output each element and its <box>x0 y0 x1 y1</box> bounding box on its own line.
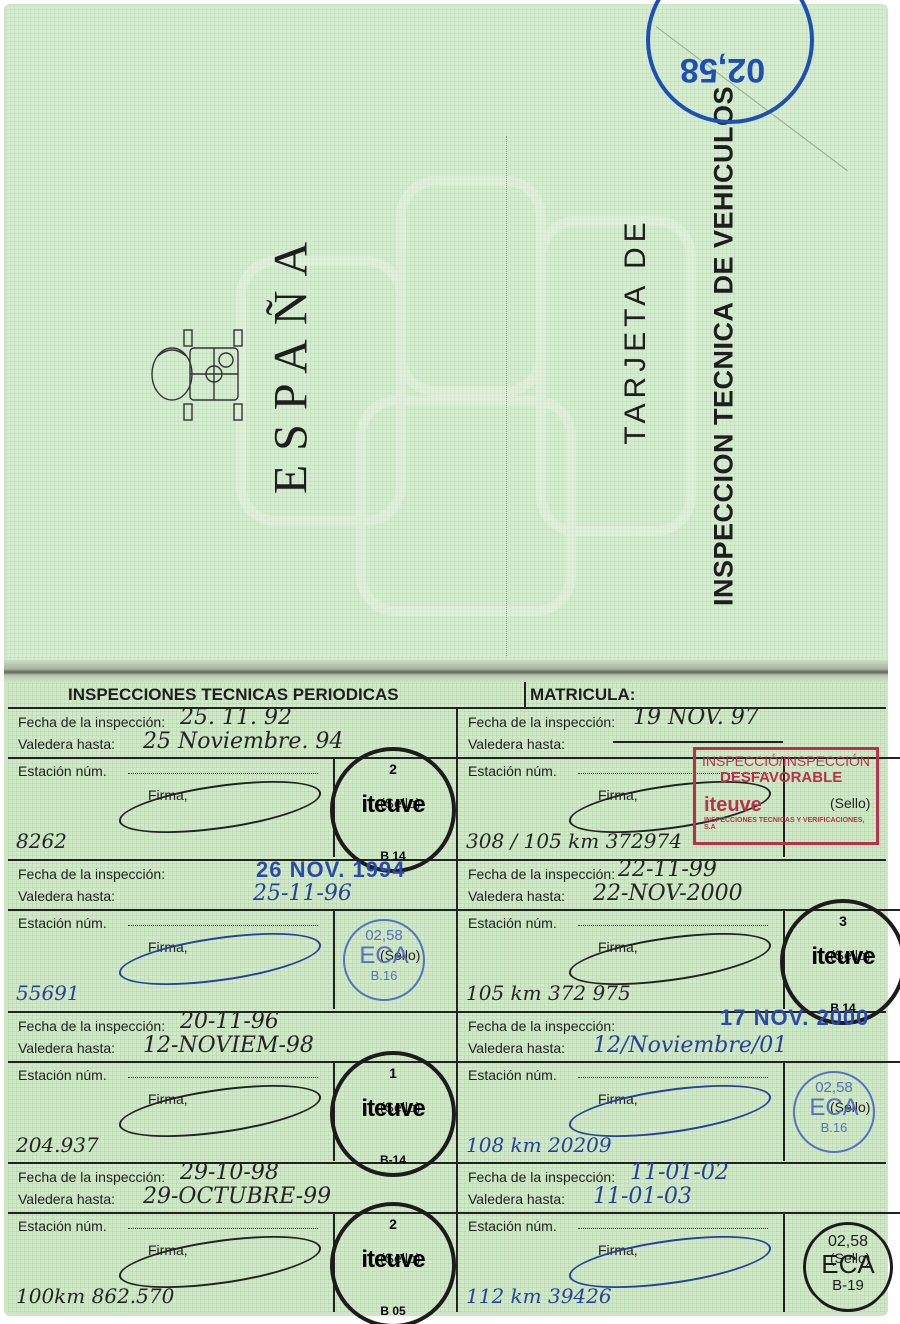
table-header-matricula: MATRICULA: <box>530 682 635 707</box>
fecha-label: Fecha de la inspección: <box>468 866 615 882</box>
stamp-logo: iteuve <box>334 1246 452 1274</box>
eca-line3: B.16 <box>795 1120 873 1135</box>
estacion-dots <box>128 925 318 926</box>
valedera-value: 12/Noviembre/01 <box>593 1033 787 1058</box>
km-reading: 112 km 39426 <box>466 1284 612 1308</box>
estacion-dots <box>128 1077 318 1078</box>
card-title-line2: INSPECCION TECNICA DE VEHICULOS <box>709 86 740 606</box>
fecha-value: 17 NOV. 2000 <box>720 1005 869 1031</box>
valedera-value: 29-OCTUBRE-99 <box>143 1184 331 1209</box>
valedera-label: Valedera hasta: <box>18 888 115 904</box>
km-reading: 8262 <box>16 829 67 853</box>
stamp-box-divider <box>333 909 335 1009</box>
valedera-label: Valedera hasta: <box>18 736 115 752</box>
inspection-entry: Fecha de la inspección:Valedera hasta:Es… <box>8 1011 456 1161</box>
signature <box>566 923 774 995</box>
estacion-label: Estación núm. <box>468 915 557 931</box>
stamp-box-divider <box>783 1061 785 1161</box>
eca-stamp: 02,58ECAB.16 <box>793 1071 875 1153</box>
inspection-table: INSPECCIONES TECNICAS PERIODICAS MATRICU… <box>8 682 886 1312</box>
stamp-number: 2 <box>334 761 452 777</box>
valedera-label: Valedera hasta: <box>468 1040 565 1056</box>
fecha-value: 26 NOV. 1994 <box>256 857 405 883</box>
itv-stamp: 2iteuveB 14 <box>330 747 456 873</box>
inspection-entry: Fecha de la inspección:Valedera hasta:Es… <box>8 859 456 1009</box>
km-reading: 308 / 105 km 372974 <box>466 829 682 853</box>
card-title-line1: TARJETA DE <box>619 217 653 444</box>
estacion-label: Estación núm. <box>18 915 107 931</box>
eca-stamp: 02,58ECAB.16 <box>343 919 425 1001</box>
stamp-number: 2 <box>334 1216 452 1232</box>
eca-line3: B.16 <box>345 968 423 983</box>
entry-divider <box>458 1061 900 1063</box>
stamp-logo: iteuve <box>784 943 900 971</box>
stamp-logo: iteuve <box>334 1095 452 1123</box>
top-stamp-number: 02,58 <box>680 50 765 89</box>
inspection-entry: Fecha de la inspección:Valedera hasta:Es… <box>8 707 456 857</box>
estacion-label: Estación núm. <box>18 763 107 779</box>
cover-fold-line <box>506 136 507 656</box>
stamp-number: 1 <box>334 1065 452 1081</box>
estacion-dots <box>578 925 768 926</box>
estacion-label: Estación núm. <box>468 1218 557 1234</box>
inspection-entry: Fecha de la inspección:Valedera hasta:Es… <box>458 707 900 857</box>
eca-stamp: 02,58ECAB-19 <box>803 1222 893 1312</box>
valedera-label: Valedera hasta: <box>18 1040 115 1056</box>
fecha-label: Fecha de la inspección: <box>18 1018 165 1034</box>
fecha-label: Fecha de la inspección: <box>18 866 165 882</box>
km-reading: 55691 <box>16 981 80 1005</box>
estacion-label: Estación núm. <box>468 1067 557 1083</box>
inspection-entry: Fecha de la inspección:Valedera hasta:Es… <box>458 859 900 1009</box>
valedera-label: Valedera hasta: <box>468 1191 565 1207</box>
signature <box>116 923 324 995</box>
valedera-value: 11-01-03 <box>593 1184 692 1209</box>
eca-line2: ECA <box>806 1251 890 1277</box>
fecha-value: 11-01-02 <box>630 1160 729 1185</box>
valedera-value: 25 Noviembre. 94 <box>143 729 343 754</box>
fecha-label: Fecha de la inspección: <box>18 1169 165 1185</box>
eca-line3: B-19 <box>806 1277 890 1294</box>
estacion-label: Estación núm. <box>18 1067 107 1083</box>
fecha-label: Fecha de la inspección: <box>468 714 615 730</box>
stamp-logo: iteuve <box>334 791 452 819</box>
estacion-dots <box>578 1228 768 1229</box>
valedera-strike <box>613 741 783 743</box>
fecha-value: 22-11-99 <box>618 857 717 882</box>
valedera-label: Valedera hasta: <box>18 1191 115 1207</box>
rejected-line4: INSPECCIONES TECNICAS Y VERIFICACIONES, … <box>704 817 876 831</box>
valedera-label: Valedera hasta: <box>468 888 565 904</box>
itv-stamp: 1iteuveB-14 <box>330 1051 456 1177</box>
km-reading: 108 km 20209 <box>466 1133 612 1157</box>
rejected-line2: DESFAVORABLE <box>720 769 876 786</box>
country-name: ESPAÑA <box>264 228 319 494</box>
inspection-entry: Fecha de la inspección:Valedera hasta:Es… <box>458 1162 900 1312</box>
entry-divider <box>8 909 456 911</box>
valedera-value: 22-NOV-2000 <box>593 881 743 906</box>
itv-stamp: 2iteuveB 05 <box>330 1202 456 1324</box>
center-fold <box>4 660 888 682</box>
estacion-dots <box>128 773 318 774</box>
table-header-left: INSPECCIONES TECNICAS PERIODICAS <box>68 682 399 707</box>
signature <box>116 771 324 843</box>
valedera-value: 12-NOVIEM-98 <box>143 1033 314 1058</box>
rejected-stamp: INSPECCIÓ/INSPECCIÓNDESFAVORABLEiteuveIN… <box>693 747 879 845</box>
fecha-value: 19 NOV. 97 <box>633 705 759 730</box>
stamp-number: 3 <box>784 913 900 929</box>
fecha-value: 29-10-98 <box>180 1160 279 1185</box>
stamp-code: B 05 <box>334 1304 452 1318</box>
signature <box>116 1075 324 1147</box>
fecha-value: 20-11-96 <box>180 1009 279 1034</box>
estacion-label: Estación núm. <box>468 763 557 779</box>
fecha-value: 25. 11. 92 <box>180 705 292 730</box>
rejected-logo: iteuve <box>704 794 876 817</box>
km-reading: 204.937 <box>16 1133 99 1157</box>
fecha-label: Fecha de la inspección: <box>468 1018 615 1034</box>
top-eca-stamp: 02,58 <box>646 0 814 124</box>
estacion-label: Estación núm. <box>18 1218 107 1234</box>
inspection-entry: Fecha de la inspección:Valedera hasta:Es… <box>458 1011 900 1161</box>
valedera-value: 25-11-96 <box>253 881 352 906</box>
signature <box>566 1226 774 1298</box>
estacion-dots <box>128 1228 318 1229</box>
stamp-box-divider <box>783 1212 785 1312</box>
valedera-label: Valedera hasta: <box>468 736 565 752</box>
coat-of-arms-icon <box>144 324 248 424</box>
eca-line2: ECA <box>345 944 423 968</box>
rejected-line1: INSPECCIÓ/INSPECCIÓN <box>702 753 876 769</box>
header-divider <box>524 682 526 707</box>
estacion-dots <box>578 1077 768 1078</box>
entry-divider <box>458 1212 900 1214</box>
fecha-label: Fecha de la inspección: <box>18 714 165 730</box>
fecha-label: Fecha de la inspección: <box>468 1169 615 1185</box>
card-cover: ESPAÑA TARJETA DE INSPECCION TECNICA DE … <box>6 6 886 666</box>
signature <box>116 1226 324 1298</box>
eca-line2: ECA <box>795 1096 873 1120</box>
signature <box>566 1075 774 1147</box>
inspection-entry: Fecha de la inspección:Valedera hasta:Es… <box>8 1162 456 1312</box>
